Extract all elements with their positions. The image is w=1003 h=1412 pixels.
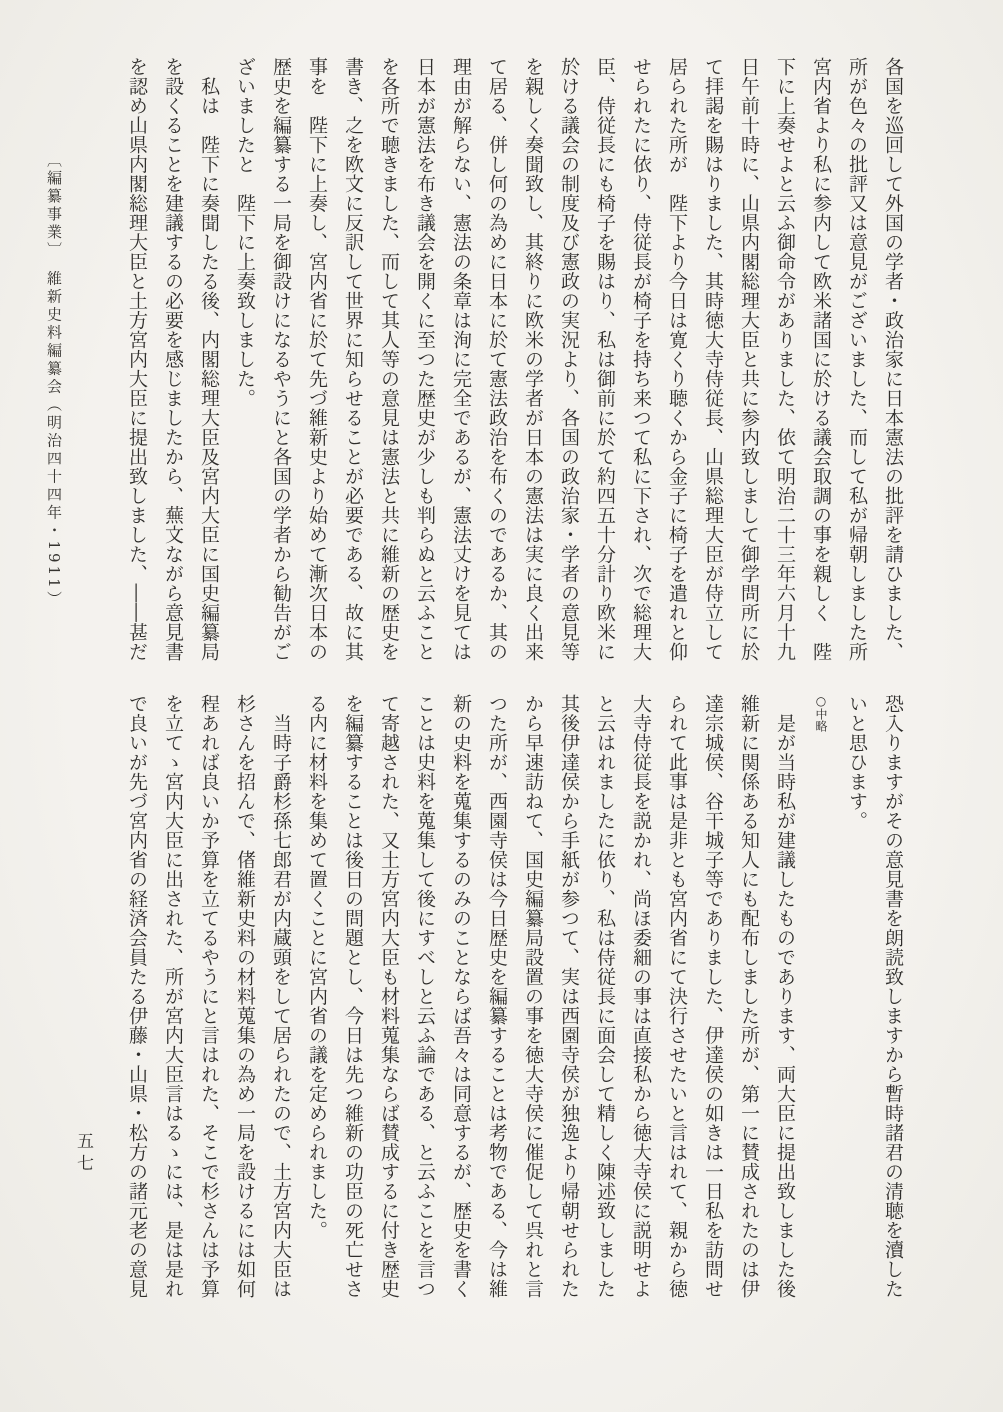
text-column: を各所で聴きました、而して其人等の意見は憲法と共に維新の歴史を: [371, 57, 407, 689]
text-column: 維新に関係ある知人にも配布しました所が、第一に賛成されたのは伊: [731, 694, 767, 1326]
text-column: 新の史料を蒐集するのみのことならば吾々は同意するが、歴史を書く: [443, 694, 479, 1326]
text-column: 宮内省より私に参内して欧米諸国に於ける議会取調の事を親しく 陛: [803, 57, 839, 689]
text-column: 於ける議会の制度及び憲政の実況より、各国の政治家・学者の意見等: [551, 57, 587, 689]
text-column: せられたに依り、侍従長が椅子を持ち来つて私に下され、次で総理大: [623, 57, 659, 689]
text-column: 歴史を編纂する一局を御設けになるやうにと各国の学者から勧告がご: [263, 57, 299, 689]
text-column: を立てゝ宮内大臣に出された、所が宮内大臣言はるゝには、是は是れ: [155, 694, 191, 1326]
text-column: 杉さんを招んで、偖維新史料の材料蒐集の為め一局を設けるには如何: [227, 694, 263, 1326]
text-column: て拝謁を賜はりました、其時徳大寺侍従長、山県総理大臣が侍立して: [695, 57, 731, 689]
text-column: 事を 陛下に上奏し、宮内省に於て先づ維新史より始めて漸次日本の: [299, 57, 335, 689]
text-column: と云はれましたに依り、私は侍従長に面会して精しく陳述致しました: [587, 694, 623, 1326]
text-column: 書き、之を欧文に反訳して世界に知らせることが必要である、故に其: [335, 57, 371, 689]
text-column: て寄越された、又土方宮内大臣も材料蒐集ならば賛成するに付き歴史: [371, 694, 407, 1326]
page-number: 五七: [71, 1132, 96, 1176]
text-column: 恐入りますがその意見書を朗読致しますから暫時諸君の清聴を瀆した: [875, 694, 911, 1326]
text-column: る内に材料を集めて置くことに宮内省の議を定められました。: [299, 694, 335, 1326]
text-column: ことは史料を蒐集して後にすべしと云ふ論である、と云ふことを言つ: [407, 694, 443, 1326]
text-column: 達宗城侯、谷干城子等でありました、伊達侯の如きは一日私を訪問せ: [695, 694, 731, 1326]
text-column: 是が当時私が建議したものであります、両大臣に提出致しました後: [767, 694, 803, 1326]
text-column: 其後伊達侯から手紙が参つて、実は西園寺侯が独逸より帰朝せられた: [551, 694, 587, 1326]
text-column: から早速訪ねて、国史編纂局設置の事を徳大寺侯に催促して呉れと言: [515, 694, 551, 1326]
text-column: 下に上奏せよと云ふ御命令がありました、依て明治二十三年六月十九: [767, 57, 803, 689]
text-column: 各国を巡回して外国の学者・政治家に日本憲法の批評を請ひました、: [875, 57, 911, 689]
text-column: ざいましたと 陛下に上奏致しました。: [227, 57, 263, 689]
text-column: 当時子爵杉孫七郎君が内蔵頭をして居られたので、土方宮内大臣は: [263, 694, 299, 1326]
text-column: 程あれば良いか予算を立てるやうにと言はれた、そこで杉さんは予算: [191, 694, 227, 1326]
text-column: 所が色々の批評又は意見がございました、而して私が帰朝しました所: [839, 57, 875, 689]
text-column: を親しく奏聞致し、其終りに欧米の学者が日本の憲法は実に良く出来: [515, 57, 551, 689]
section-header: 〔編纂事業〕 維新史料編纂会（明治四十四年・1911）: [44, 152, 65, 609]
text-column: 日本が憲法を布き議会を開くに至つた歴史が少しも判らぬと云ふこと: [407, 57, 443, 689]
text-column: て居る、併し何の為めに日本に於て憲法政治を布くのであるか、其の: [479, 57, 515, 689]
text-column: 居られた所が 陛下より今日は寛くり聴くから金子に椅子を遣れと仰: [659, 57, 695, 689]
text-column: 大寺侍従長を説かれ、尚ほ委細の事は直接私から徳大寺侯に説明せよ: [623, 694, 659, 1326]
text-column: つた所が、西園寺侯は今日歴史を編纂することは考物である、今は維: [479, 694, 515, 1326]
text-column: 日午前十時に、山県内閣総理大臣と共に参内致しまして御学問所に於: [731, 57, 767, 689]
text-column: られて此事は是非とも宮内省にて決行させたいと言はれて、親から徳: [659, 694, 695, 1326]
text-column: ○中略: [803, 694, 839, 1326]
text-column: 私は 陛下に奏聞したる後、内閣総理大臣及宮内大臣に国史編纂局: [191, 57, 227, 689]
bottom-text-block: 恐入りますがその意見書を朗読致しますから暫時諸君の清聴を瀆したいと思ひます。○中…: [119, 694, 911, 1326]
text-column: を認め山県内閣総理大臣と土方宮内大臣に提出致しました、――甚だ: [119, 57, 155, 689]
text-column: いと思ひます。: [839, 694, 875, 1326]
text-column: で良いが先づ宮内省の経済会員たる伊藤・山県・松方の諸元老の意見: [119, 694, 155, 1326]
text-column: を設くることを建議するの必要を感じましたから、蕪文ながら意見書: [155, 57, 191, 689]
text-column: 臣、侍従長にも椅子を賜はり、私は御前に於て約四五十分計り欧米に: [587, 57, 623, 689]
text-column: 理由が解らない、憲法の条章は洵に完全であるが、憲法丈けを見ては: [443, 57, 479, 689]
top-text-block: 各国を巡回して外国の学者・政治家に日本憲法の批評を請ひました、所が色々の批評又は…: [119, 57, 911, 689]
document-page: 各国を巡回して外国の学者・政治家に日本憲法の批評を請ひました、所が色々の批評又は…: [0, 0, 1003, 1412]
text-column: を編纂することは後日の問題とし、今日は先つ維新の功臣の死亡せさ: [335, 694, 371, 1326]
